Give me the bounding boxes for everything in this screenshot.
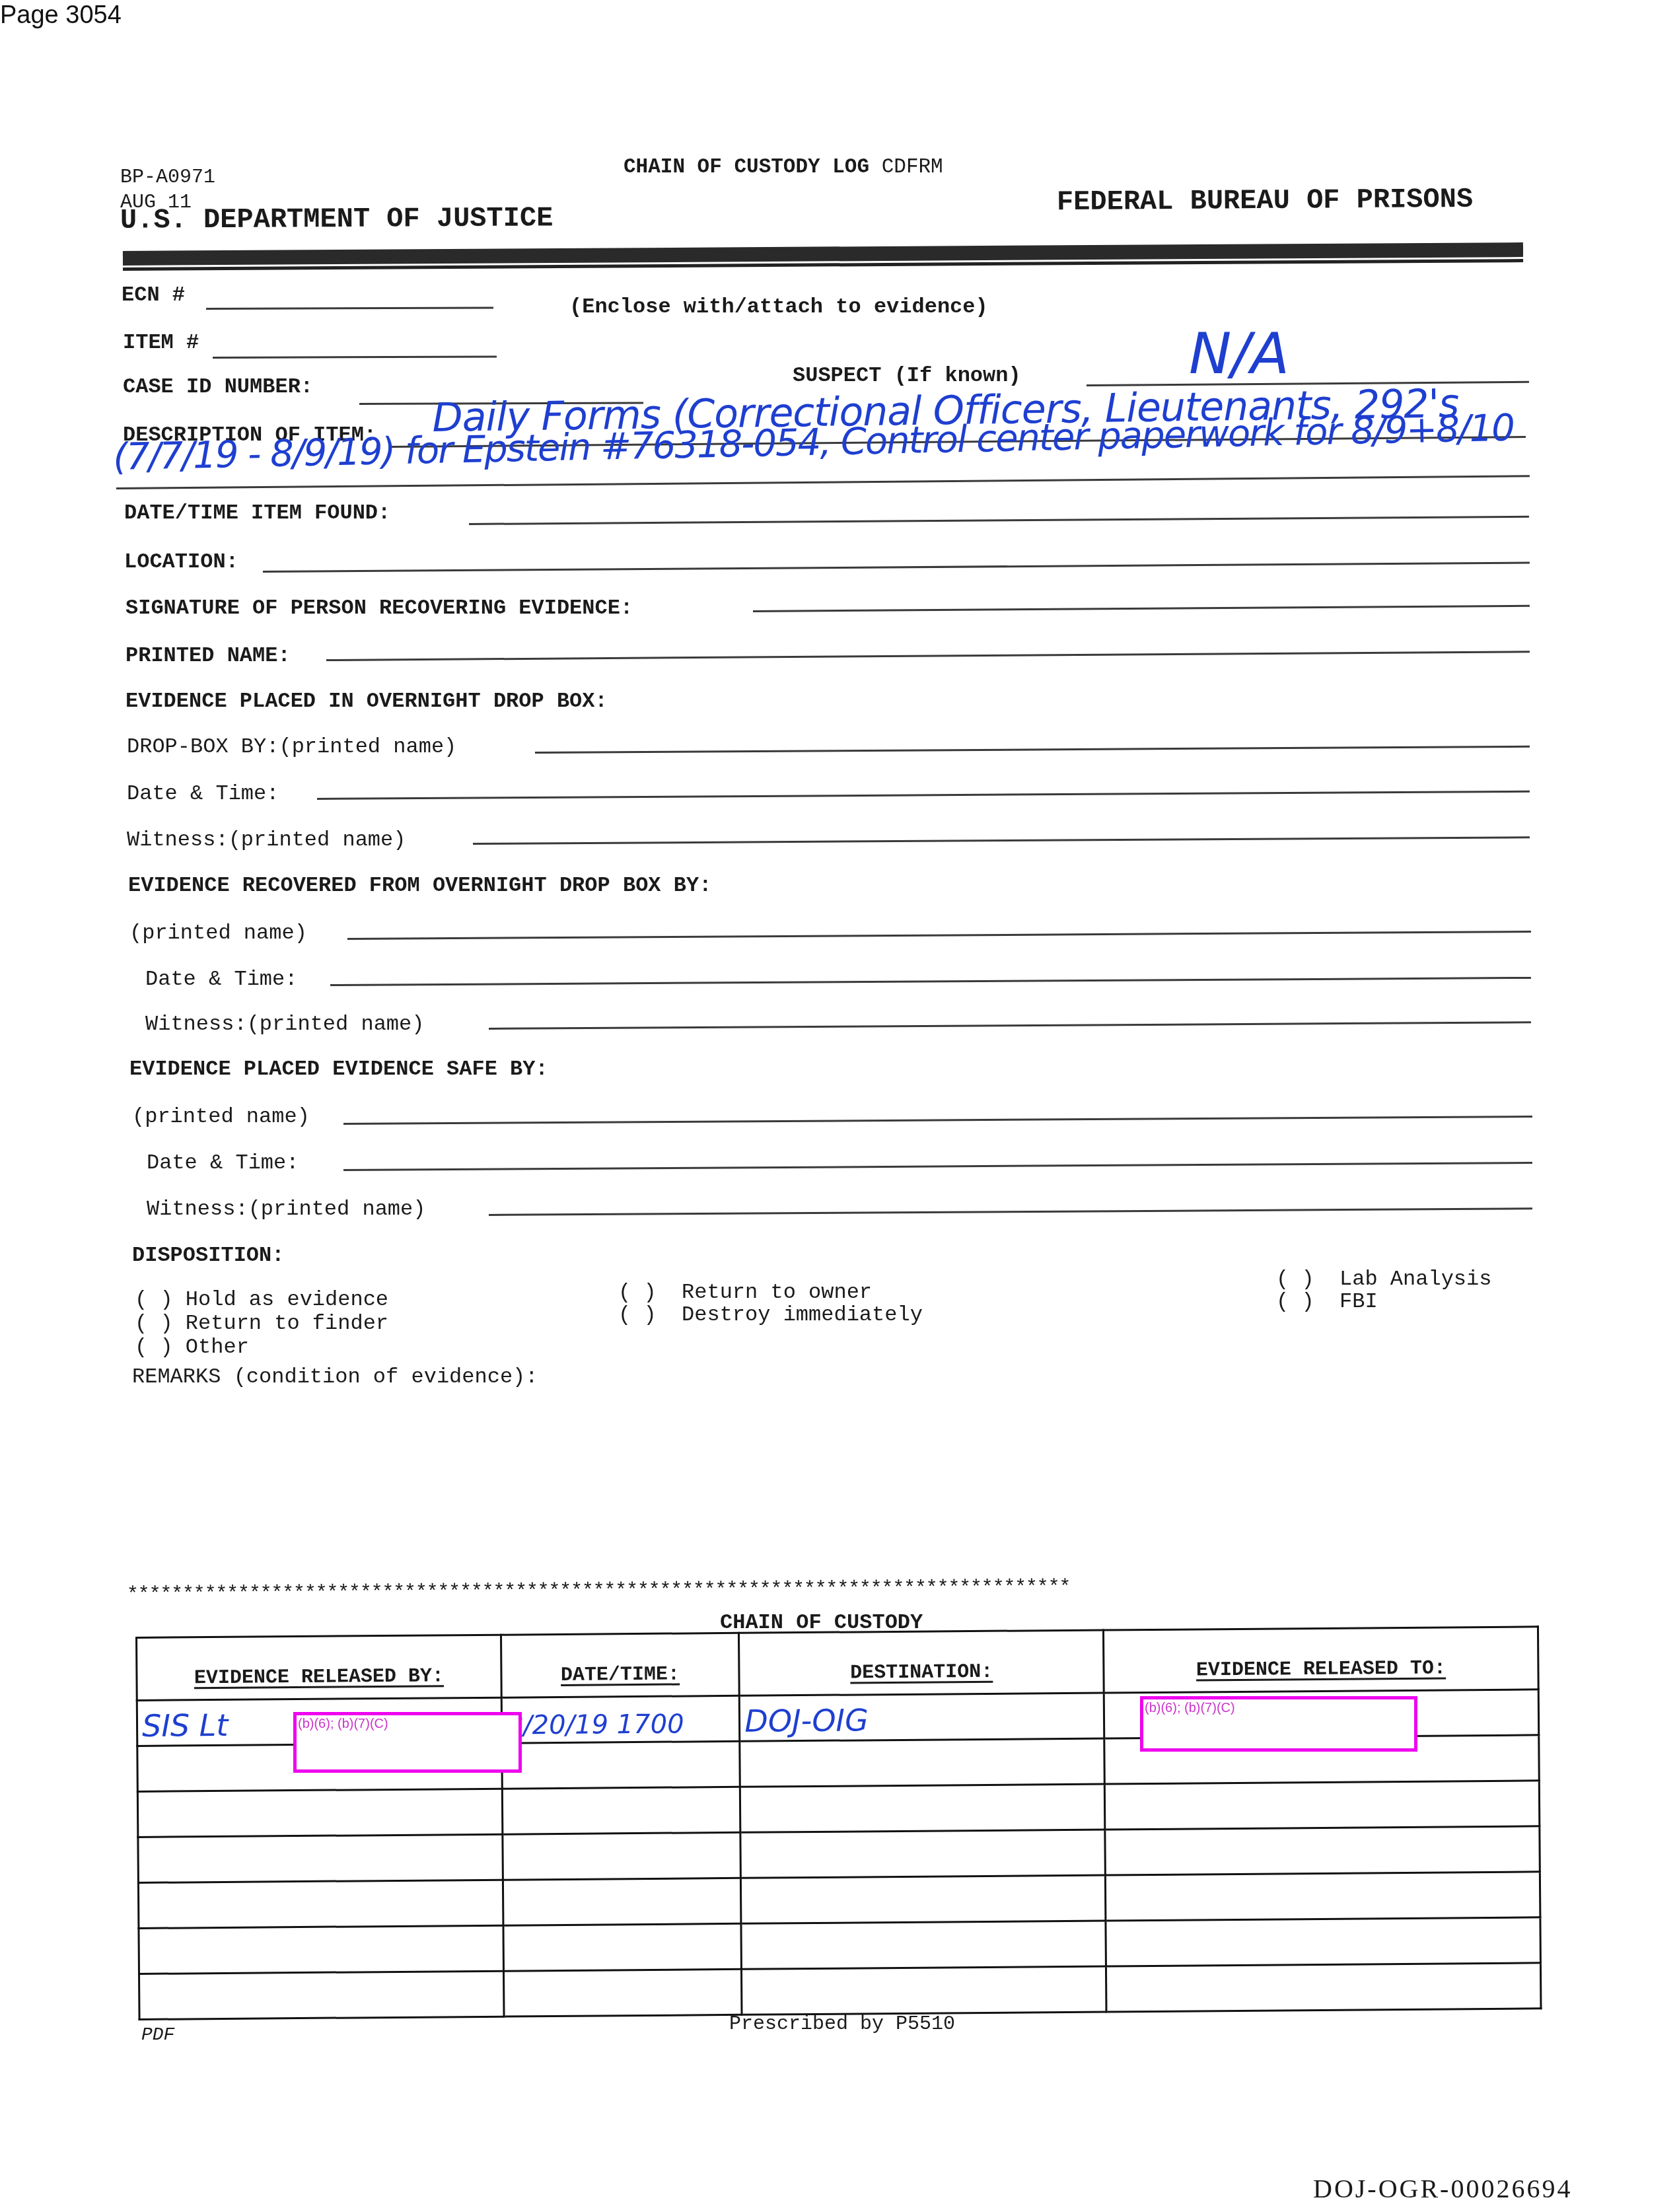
item-field[interactable]: [213, 355, 497, 359]
location-field[interactable]: [263, 562, 1530, 573]
dropbox-by-label: DROP-BOX BY:(printed name): [127, 734, 456, 759]
redaction-box-released-by: (b)(6); (b)(7)(C): [293, 1712, 522, 1773]
form-title-main: CHAIN OF CUSTODY LOG: [624, 156, 869, 179]
cell-released-by[interactable]: [139, 1971, 504, 2019]
redaction-box-released-to: (b)(6); (b)(7)(C): [1140, 1696, 1417, 1752]
cell-value: DOJ-OIG: [744, 1702, 869, 1738]
option-destroy-immediately[interactable]: ( ) Destroy immediately: [618, 1304, 923, 1326]
checkbox[interactable]: ( ): [135, 1335, 173, 1359]
option-return-to-finder[interactable]: ( ) Return to finder: [135, 1312, 388, 1336]
cell-date-time[interactable]: [502, 1787, 740, 1834]
dropbox-by-field[interactable]: [535, 746, 1530, 754]
cell-released-by[interactable]: [138, 1834, 503, 1882]
col-destination: DESTINATION:: [739, 1630, 1104, 1695]
col-released-to: EVIDENCE RELEASED TO:: [1104, 1627, 1539, 1693]
page-label: Page 3054: [0, 1, 122, 30]
recovered-datetime-label: Date & Time:: [145, 967, 297, 991]
option-fbi[interactable]: ( ) FBI: [1276, 1291, 1491, 1313]
checkbox[interactable]: ( ): [135, 1311, 173, 1336]
safe-witness-label: Witness:(printed name): [147, 1197, 425, 1221]
cell-released-to[interactable]: [1106, 1963, 1541, 2012]
checkbox[interactable]: ( ): [618, 1280, 657, 1304]
bates-number: DOJ-OGR-00026694: [1313, 2173, 1572, 2204]
disposition-col3: ( ) Lab Analysis ( ) FBI: [1276, 1268, 1491, 1313]
safe-witness-field[interactable]: [489, 1207, 1532, 1216]
disposition-heading: DISPOSITION:: [132, 1243, 284, 1267]
checkbox[interactable]: ( ): [135, 1287, 173, 1312]
redaction-label: (b)(6); (b)(7)(C): [1145, 1701, 1235, 1716]
cell-destination[interactable]: [740, 1830, 1105, 1878]
disposition-col2: ( ) Return to owner ( ) Destroy immediat…: [618, 1281, 923, 1326]
cell-date-time[interactable]: [503, 1832, 741, 1880]
safe-datetime-field[interactable]: [343, 1162, 1532, 1171]
dropbox-datetime-label: Date & Time:: [127, 781, 279, 806]
cell-released-to[interactable]: [1106, 1872, 1540, 1921]
cell-date-time[interactable]: 8/20/19 1700: [501, 1695, 740, 1743]
option-hold-as-evidence[interactable]: ( ) Hold as evidence: [135, 1288, 388, 1312]
cell-released-to[interactable]: [1105, 1826, 1540, 1875]
cell-value: 8/20/19 1700: [507, 1709, 684, 1740]
description-field-line2[interactable]: [116, 475, 1530, 489]
dropbox-recovered-heading: EVIDENCE RECOVERED FROM OVERNIGHT DROP B…: [128, 873, 711, 898]
ecn-label: ECN #: [122, 283, 185, 307]
cell-date-time[interactable]: [503, 1969, 742, 2016]
checkbox[interactable]: ( ): [1276, 1267, 1314, 1291]
chain-of-custody-table: EVIDENCE RELEASED BY: DATE/TIME: DESTINA…: [135, 1625, 1542, 2001]
cell-date-time[interactable]: [503, 1878, 741, 1925]
cell-destination[interactable]: [742, 1966, 1106, 2015]
location-label: LOCATION:: [124, 550, 238, 574]
table-header-row: EVIDENCE RELEASED BY: DATE/TIME: DESTINA…: [137, 1627, 1539, 1701]
redaction-label: (b)(6); (b)(7)(C): [298, 1717, 388, 1732]
safe-by-label: (printed name): [132, 1104, 310, 1129]
cell-released-to[interactable]: [1106, 1917, 1540, 1966]
footer-prescribed: Prescribed by P5510: [729, 2013, 955, 2036]
date-found-label: DATE/TIME ITEM FOUND:: [124, 501, 390, 525]
cell-released-by[interactable]: [137, 1789, 502, 1837]
recovered-by-label: (printed name): [129, 921, 307, 945]
form-title-suffix: CDFRM: [882, 156, 943, 179]
suspect-label: SUSPECT (If known): [793, 363, 1021, 388]
date-found-field[interactable]: [469, 516, 1529, 525]
col-date-time: DATE/TIME:: [501, 1633, 739, 1697]
suspect-value: N/A: [1189, 321, 1289, 387]
enclose-note: (Enclose with/attach to evidence): [569, 295, 988, 319]
safe-by-field[interactable]: [343, 1116, 1532, 1125]
cell-destination[interactable]: DOJ-OIG: [740, 1693, 1104, 1741]
cell-released-by[interactable]: [138, 1880, 503, 1928]
case-id-label: CASE ID NUMBER:: [123, 375, 313, 399]
cell-destination[interactable]: [740, 1738, 1104, 1787]
checkbox[interactable]: ( ): [618, 1302, 657, 1327]
cell-released-to[interactable]: [1104, 1781, 1539, 1830]
form-number: BP-A0971: [120, 166, 215, 189]
recovered-by-field[interactable]: [347, 931, 1531, 940]
separator-asterisks: ****************************************…: [127, 1577, 1070, 1606]
dropbox-witness-label: Witness:(printed name): [127, 828, 406, 852]
remarks-label: REMARKS (condition of evidence):: [132, 1365, 538, 1389]
ecn-field[interactable]: [206, 306, 493, 310]
signature-field[interactable]: [753, 605, 1530, 612]
dropbox-witness-field[interactable]: [473, 836, 1530, 845]
cell-destination[interactable]: [741, 1921, 1106, 1969]
department-title: U.S. DEPARTMENT OF JUSTICE: [120, 202, 554, 236]
dropbox-datetime-field[interactable]: [317, 791, 1530, 800]
disposition-col1: ( ) Hold as evidence ( ) Return to finde…: [135, 1288, 388, 1359]
safe-placed-heading: EVIDENCE PLACED EVIDENCE SAFE BY:: [129, 1057, 548, 1081]
form-title: CHAIN OF CUSTODY LOG CDFRM: [624, 156, 943, 179]
option-lab-analysis[interactable]: ( ) Lab Analysis: [1276, 1268, 1491, 1291]
cell-destination[interactable]: [741, 1875, 1106, 1923]
cell-value: SIS Lt: [142, 1707, 229, 1744]
header-divider: [123, 242, 1523, 268]
item-label: ITEM #: [123, 330, 199, 355]
recovered-witness-field[interactable]: [489, 1021, 1531, 1030]
cell-destination[interactable]: [740, 1784, 1105, 1832]
cell-date-time[interactable]: [503, 1923, 742, 1971]
safe-datetime-label: Date & Time:: [147, 1151, 299, 1175]
recovered-datetime-field[interactable]: [330, 977, 1531, 986]
cell-date-time[interactable]: [502, 1741, 740, 1789]
recovered-witness-label: Witness:(printed name): [145, 1012, 424, 1036]
col-released-by: EVIDENCE RELEASED BY:: [137, 1635, 501, 1700]
agency-title: FEDERAL BUREAU OF PRISONS: [1057, 184, 1473, 218]
footer-pdf: PDF: [141, 2025, 174, 2046]
printed-name-label: PRINTED NAME:: [125, 643, 291, 668]
option-return-to-owner[interactable]: ( ) Return to owner: [618, 1281, 923, 1304]
dropbox-placed-heading: EVIDENCE PLACED IN OVERNIGHT DROP BOX:: [125, 689, 608, 713]
signature-label: SIGNATURE OF PERSON RECOVERING EVIDENCE:: [125, 596, 633, 620]
option-other[interactable]: ( ) Other: [135, 1336, 388, 1359]
cell-released-by[interactable]: [139, 1925, 503, 1974]
printed-name-field[interactable]: [326, 651, 1530, 661]
checkbox[interactable]: ( ): [1276, 1289, 1314, 1314]
